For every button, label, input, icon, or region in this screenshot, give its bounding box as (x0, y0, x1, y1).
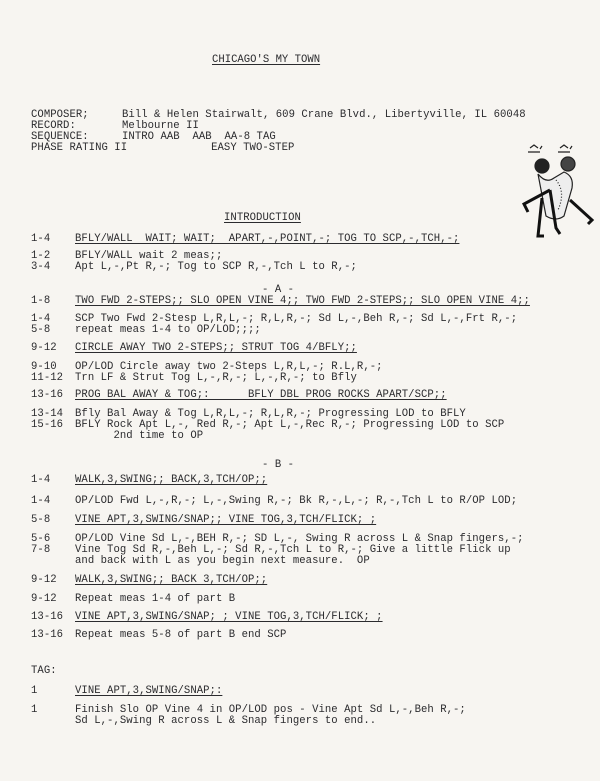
part-a-figure-line: 13-16PROG BAL AWAY & TOG;: BFLY DBL PROG… (31, 390, 447, 401)
intro-figure-line: 1-4BFLY/WALL WAIT; WAIT; APART,-,POINT,-… (31, 234, 459, 245)
part-b-figure-line: 13-16VINE APT,3,SWING/SNAP; ; VINE TOG,3… (31, 612, 383, 623)
part-a-step-line: 5-8repeat meas 1-4 to OP/LOD;;;; (31, 325, 261, 336)
phase-row: PHASE RATING IIEASY TWO-STEP (31, 143, 294, 154)
part-a-step-line: 2nd time to OP (31, 431, 203, 442)
dancing-couple-icon (520, 140, 600, 245)
phase-label: PHASE RATING II (31, 142, 127, 154)
part-b-figure-line: 5-8VINE APT,3,SWING/SNAP;; VINE TOG,3,TC… (31, 515, 376, 526)
intro-heading: INTRODUCTION (224, 213, 301, 224)
part-b-step-line: 13-16Repeat meas 5-8 of part B end SCP (31, 630, 286, 641)
part-b-step-line: 9-12Repeat meas 1-4 of part B (31, 594, 235, 605)
part-a-figure-line: 9-12CIRCLE AWAY TWO 2-STEPS;; STRUT TOG … (31, 343, 357, 354)
part-b-figure-line: 1-4WALK,3,SWING;; BACK,3,TCH/OP;; (31, 475, 267, 486)
part-a-figure-line: 1-8TWO FWD 2-STEPS;; SLO OPEN VINE 4;; T… (31, 296, 530, 307)
tag-step-line: Sd L,-,Swing R across L & Snap fingers t… (31, 716, 376, 727)
part-b-step-line: and back with L as you begin next measur… (31, 556, 370, 567)
tag-heading: TAG: (31, 666, 57, 677)
part-a-step-line: 11-12Trn LF & Strut Tog L,-,R,-; L,-,R,-… (31, 373, 357, 384)
phase-value: EASY TWO-STEP (211, 142, 294, 154)
tag-figure-line: 1VINE APT,3,SWING/SNAP;: (31, 686, 222, 697)
dance-title: CHICAGO'S MY TOWN (212, 54, 320, 66)
cue-sheet-page: CHICAGO'S MY TOWN COMPOSER;Bill & Helen … (0, 0, 600, 781)
composer-row: COMPOSER;Bill & Helen Stairwalt, 609 Cra… (31, 110, 526, 121)
intro-step-line: 3-4Apt L,-,Pt R,-; Tog to SCP R,-,Tch L … (31, 262, 357, 273)
part-b-step-line: 1-4OP/LOD Fwd L,-,R,-; L,-,Swing R,-; Bk… (31, 496, 517, 507)
part-b-figure-line: 9-12WALK,3,SWING;; BACK 3,TCH/OP;; (31, 575, 267, 586)
part-b-heading: - B - (262, 460, 294, 471)
